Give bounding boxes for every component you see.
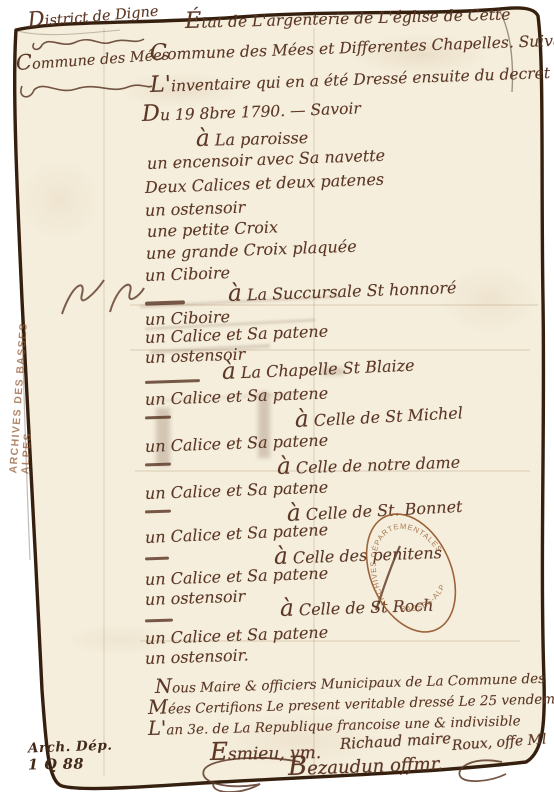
stamp-arc-bottom-label: BASSES-ALPES bbox=[336, 498, 452, 641]
archive-ref-line-2: 1 Q 88 bbox=[28, 756, 84, 774]
inventory-item: un ostensoir bbox=[145, 200, 246, 220]
inventory-item: un ostensoir. bbox=[145, 647, 249, 667]
signature-flourish bbox=[448, 756, 512, 786]
scanned-document: District de Digne Commune des Mées ARCHI… bbox=[0, 0, 554, 800]
inventory-item: un Ciboire bbox=[145, 265, 231, 285]
inventory-item: un ostensoir bbox=[145, 589, 246, 609]
crease-vertical bbox=[103, 28, 105, 776]
archive-ref-line-1: Arch. Dép. bbox=[28, 738, 113, 757]
stamp-oval-border bbox=[349, 500, 473, 646]
section-heading-paroisse: à La paroisse bbox=[196, 128, 309, 150]
flourish-under-commune bbox=[16, 78, 156, 104]
pen-squiggle bbox=[52, 272, 148, 324]
oval-archive-stamp: ARCHIVES DÉPARTEMENTALES BASSES-ALPES bbox=[336, 498, 486, 648]
stamp-arc-bottom-text: BASSES-ALPES bbox=[336, 498, 452, 641]
